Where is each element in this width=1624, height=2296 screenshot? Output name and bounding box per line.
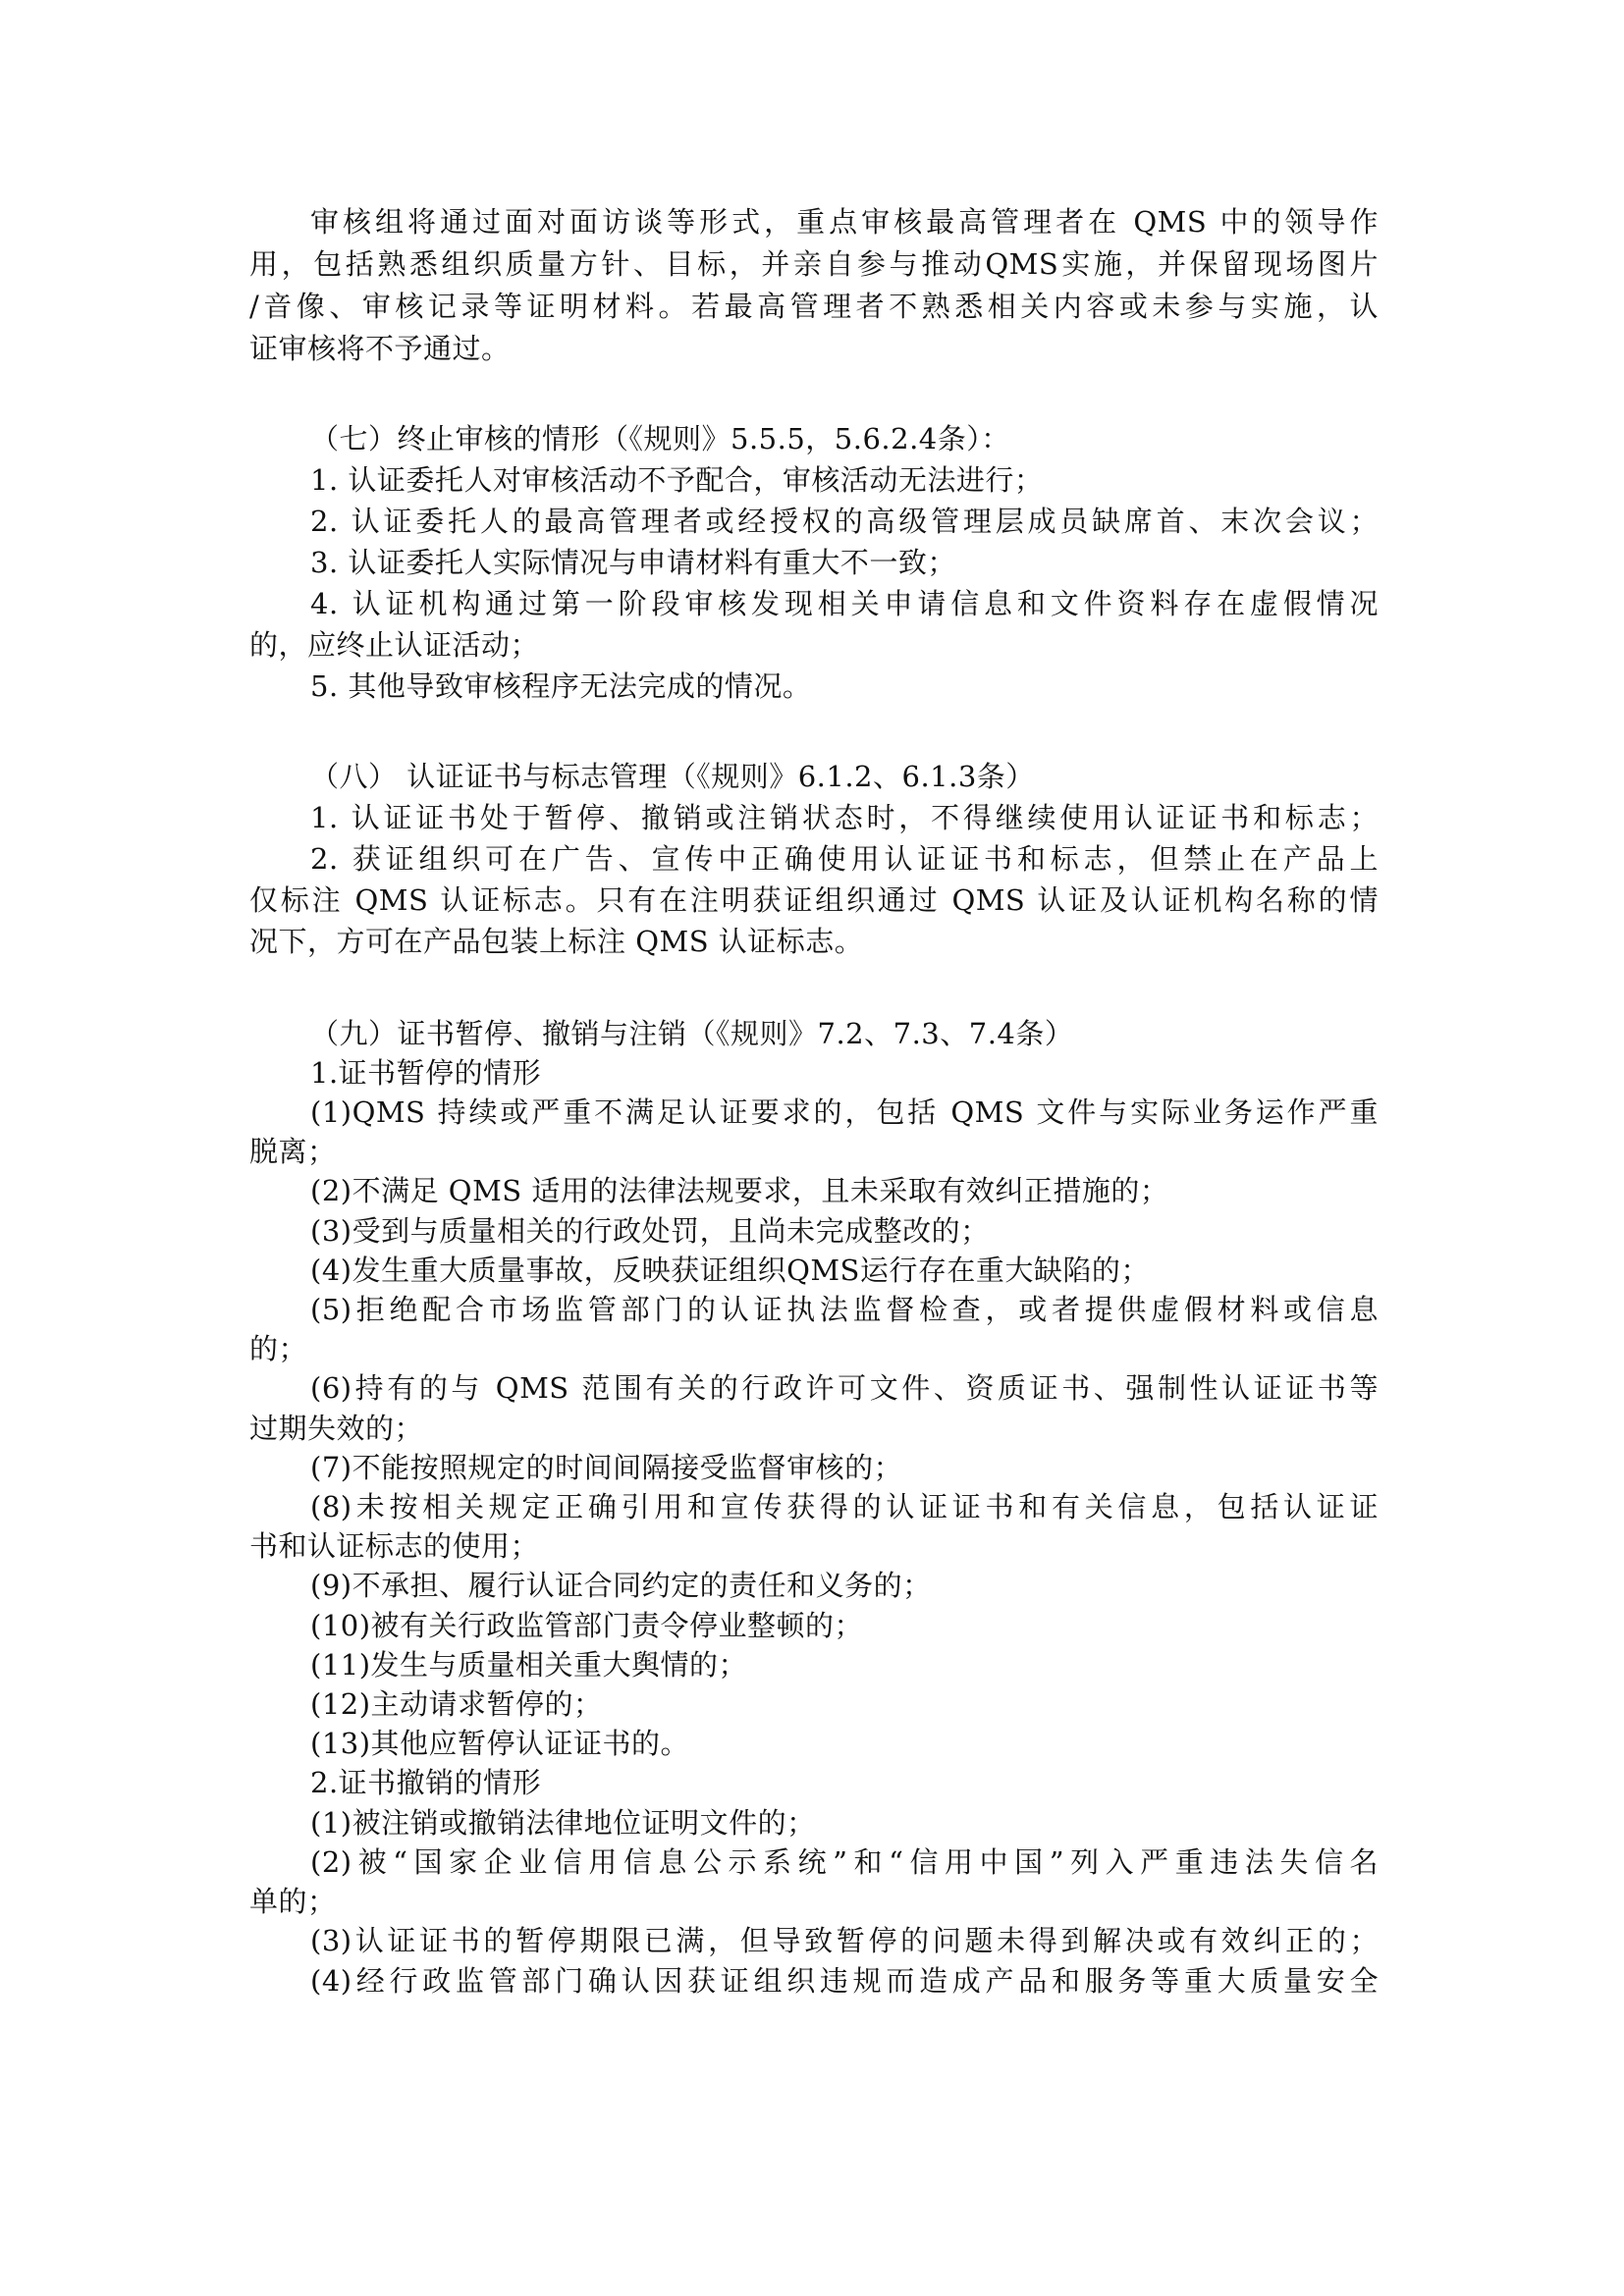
- section-8-item-1: 1. 认证证书处于暂停、撤销或注销状态时，不得继续使用认证证书和标志；: [310, 800, 1379, 835]
- section-9-revocation-item-2: (2)被“国家企业信用信息公示系统”和“信用中国”列入严重违法失信名: [310, 1844, 1379, 1880]
- section-7-item-4-cont: 的，应终止认证活动；: [249, 627, 1379, 663]
- section-9-revocation-item-2-cont: 单的；: [249, 1884, 1379, 1919]
- section-8-item-2-cont-2: 况下，方可在产品包装上标注 QMS 认证标志。: [249, 924, 1379, 959]
- section-9-suspension-item-6-cont: 过期失效的；: [249, 1411, 1379, 1446]
- intro-line-2: 用，包括熟悉组织质量方针、目标，并亲自参与推动QMS实施，并保留现场图片: [249, 246, 1379, 282]
- section-8-item-2: 2. 获证组织可在广告、宣传中正确使用认证证书和标志，但禁止在产品上: [310, 841, 1379, 877]
- section-9-suspension-item-8-cont: 书和认证标志的使用；: [249, 1528, 1379, 1564]
- section-9-suspension-item-1: (1)QMS 持续或严重不满足认证要求的，包括 QMS 文件与实际业务运作严重: [310, 1095, 1379, 1130]
- section-9-suspension-item-12: (12)主动请求暂停的；: [310, 1686, 1379, 1722]
- section-9-suspension-item-5: (5)拒绝配合市场监管部门的认证执法监督检查，或者提供虚假材料或信息: [310, 1292, 1379, 1327]
- section-9-suspension-item-9: (9)不承担、履行认证合同约定的责任和义务的；: [310, 1568, 1379, 1603]
- section-9-suspension-item-3: (3)受到与质量相关的行政处罚，且尚未完成整改的；: [310, 1213, 1379, 1249]
- section-9-subheading-revocation: 2.证书撤销的情形: [310, 1765, 1379, 1800]
- section-7-item-5: 5. 其他导致审核程序无法完成的情况。: [310, 668, 1379, 704]
- section-9-suspension-item-11: (11)发生与质量相关重大舆情的；: [310, 1647, 1379, 1682]
- intro-line-4: 证审核将不予通过。: [249, 331, 1379, 366]
- section-9-suspension-item-4: (4)发生重大质量事故，反映获证组织QMS运行存在重大缺陷的；: [310, 1253, 1379, 1288]
- section-9-revocation-item-1: (1)被注销或撤销法律地位证明文件的；: [310, 1805, 1379, 1841]
- section-9-subheading-suspension: 1.证书暂停的情形: [310, 1055, 1379, 1091]
- section-9-suspension-item-8: (8)未按相关规定正确引用和宣传获得的认证证书和有关信息，包括认证证: [310, 1489, 1379, 1524]
- section-7-item-4: 4. 认证机构通过第一阶段审核发现相关申请信息和文件资料存在虚假情况: [310, 586, 1379, 621]
- section-7-item-2: 2. 认证委托人的最高管理者或经授权的高级管理层成员缺席首、末次会议；: [310, 504, 1379, 539]
- intro-line-3: /音像、审核记录等证明材料。若最高管理者不熟悉相关内容或未参与实施，认: [249, 289, 1379, 324]
- intro-line-1: 审核组将通过面对面访谈等形式，重点审核最高管理者在 QMS 中的领导作: [310, 204, 1379, 240]
- section-7-heading: （七）终止审核的情形（《规则》5.5.5，5.6.2.4条）：: [310, 421, 1379, 456]
- section-8-heading: （八） 认证证书与标志管理（《规则》6.1.2、6.1.3条）: [310, 759, 1379, 794]
- section-9-heading: （九）证书暂停、撤销与注销（《规则》7.2、7.3、7.4条）: [310, 1016, 1379, 1051]
- section-9-suspension-item-2: (2)不满足 QMS 适用的法律法规要求，且未采取有效纠正措施的；: [310, 1173, 1379, 1208]
- document-page: 审核组将通过面对面访谈等形式，重点审核最高管理者在 QMS 中的领导作 用，包括…: [0, 0, 1624, 2296]
- section-9-suspension-item-5-cont: 的；: [249, 1331, 1379, 1366]
- section-9-suspension-item-13: (13)其他应暂停认证证书的。: [310, 1726, 1379, 1761]
- section-9-suspension-item-1-cont: 脱离；: [249, 1134, 1379, 1169]
- section-7-item-1: 1. 认证委托人对审核活动不予配合，审核活动无法进行；: [310, 462, 1379, 498]
- section-9-suspension-item-7: (7)不能按照规定的时间间隔接受监督审核的；: [310, 1450, 1379, 1485]
- section-9-revocation-item-3: (3)认证证书的暂停期限已满，但导致暂停的问题未得到解决或有效纠正的；: [310, 1923, 1379, 1958]
- section-8-item-2-cont-1: 仅标注 QMS 认证标志。只有在注明获证组织通过 QMS 认证及认证机构名称的情: [249, 882, 1379, 918]
- section-7-item-3: 3. 认证委托人实际情况与申请材料有重大不一致；: [310, 545, 1379, 580]
- section-9-suspension-item-10: (10)被有关行政监管部门责令停业整顿的；: [310, 1608, 1379, 1643]
- section-9-revocation-item-4: (4)经行政监管部门确认因获证组织违规而造成产品和服务等重大质量安全: [310, 1963, 1379, 1999]
- section-9-suspension-item-6: (6)持有的与 QMS 范围有关的行政许可文件、资质证书、强制性认证证书等: [310, 1370, 1379, 1406]
